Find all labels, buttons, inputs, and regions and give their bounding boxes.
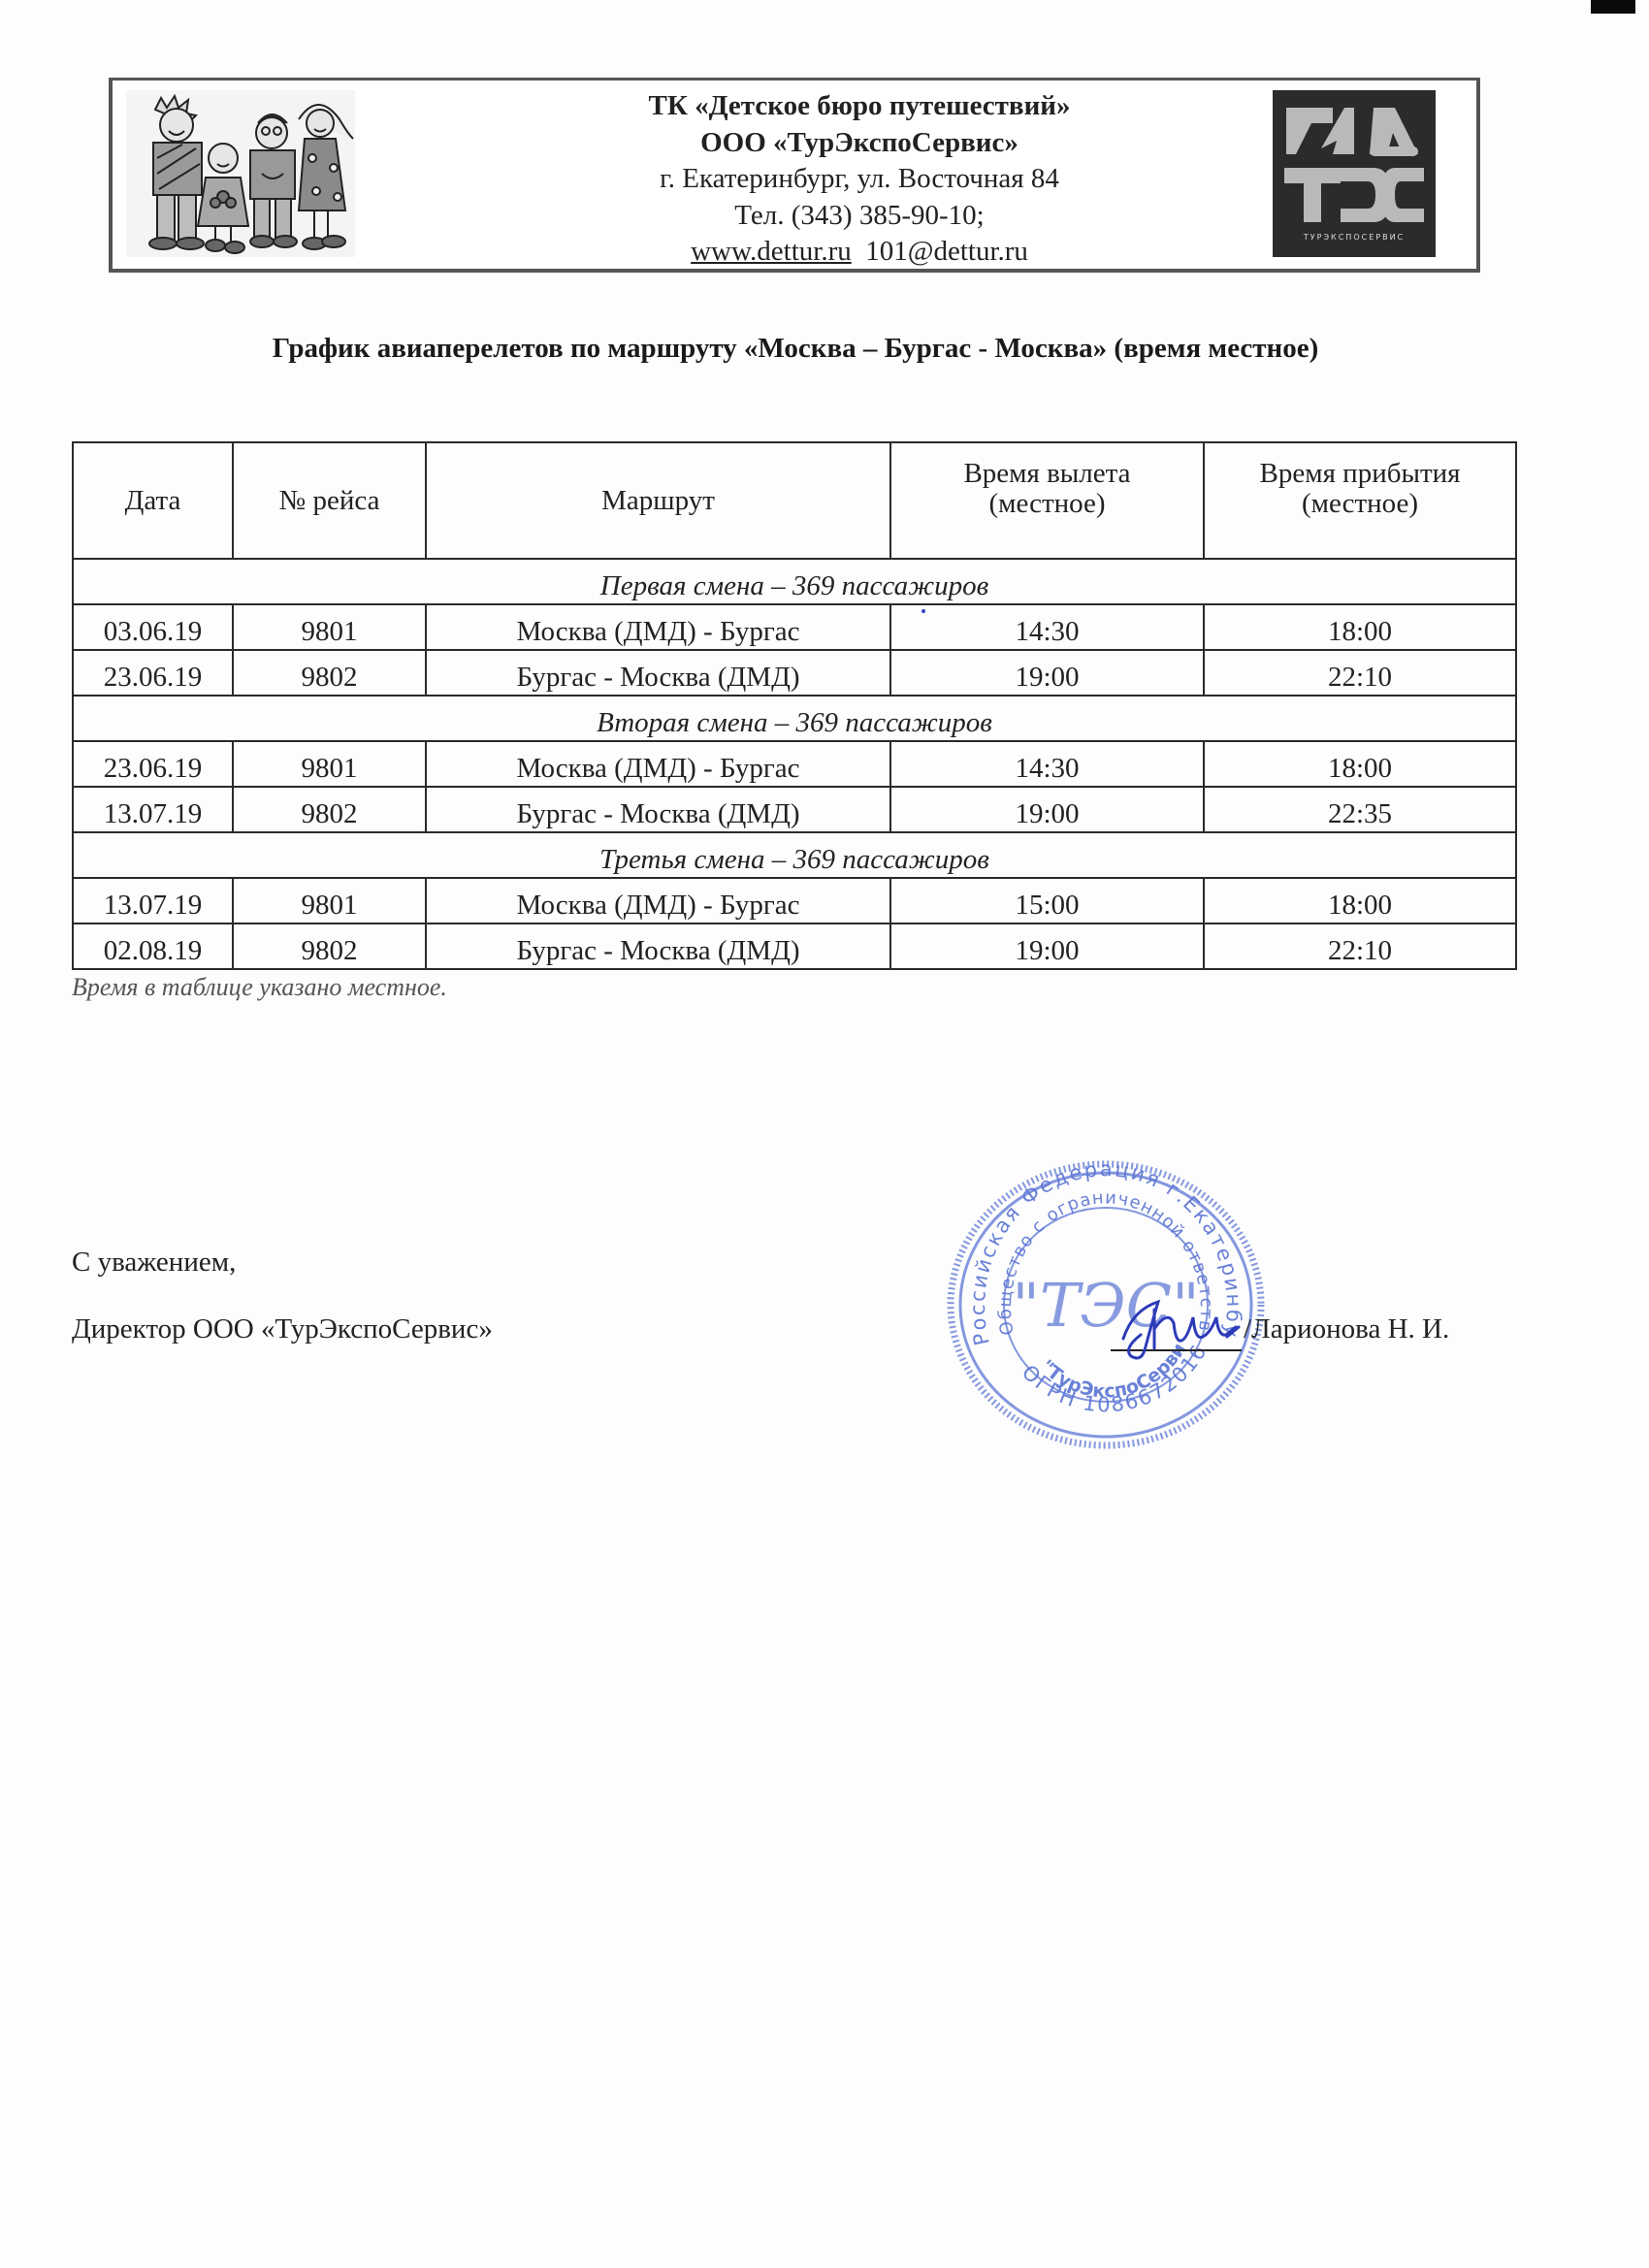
svg-text:ТУРЭКСПОСЕРВИС: ТУРЭКСПОСЕРВИС bbox=[1303, 233, 1405, 242]
cell-date: 23.06.19 bbox=[73, 741, 233, 787]
column-header-arrival: Время прибытия (местное) bbox=[1204, 442, 1516, 559]
agency-name: ТК «Детское бюро путешествий» bbox=[471, 88, 1247, 125]
table-row: 03.06.19 9801 Москва (ДМД) - Бургас 14:3… bbox=[73, 604, 1516, 650]
letterhead: ТК «Детское бюро путешествий» ООО «ТурЭк… bbox=[109, 78, 1480, 273]
cell-departure: 14:30 bbox=[890, 741, 1204, 787]
scan-corner-mark bbox=[1591, 0, 1635, 14]
cell-date: 03.06.19 bbox=[73, 604, 233, 650]
cell-arrival: 18:00 bbox=[1204, 878, 1516, 923]
cell-flight: 9801 bbox=[233, 878, 426, 923]
cell-departure: 19:00 bbox=[890, 650, 1204, 696]
email-address: 101@dettur.ru bbox=[865, 236, 1028, 267]
cell-departure: 19:00 bbox=[890, 787, 1204, 832]
website-link[interactable]: www.dettur.ru bbox=[691, 236, 852, 267]
table-row: 13.07.19 9802 Бургас - Москва (ДМД) 19:0… bbox=[73, 787, 1516, 832]
cell-flight: 9801 bbox=[233, 604, 426, 650]
cell-arrival: 22:10 bbox=[1204, 923, 1516, 969]
shift-label: Третья смена – 369 пассажиров bbox=[73, 832, 1516, 878]
closing-regards: С уважением, bbox=[72, 1247, 236, 1279]
cell-date: 13.07.19 bbox=[73, 787, 233, 832]
shift-label: Вторая смена – 369 пассажиров bbox=[73, 696, 1516, 741]
cell-arrival: 18:00 bbox=[1204, 741, 1516, 787]
cell-route: Москва (ДМД) - Бургас bbox=[426, 604, 890, 650]
shift-row: Третья смена – 369 пассажиров bbox=[73, 832, 1516, 878]
footnote: Время в таблице указано местное. bbox=[72, 973, 447, 1002]
column-header-date: Дата bbox=[73, 442, 233, 559]
shift-row: Первая смена – 369 пассажиров bbox=[73, 559, 1516, 604]
letterhead-text: ТК «Детское бюро путешествий» ООО «ТурЭк… bbox=[471, 88, 1247, 271]
cell-flight: 9802 bbox=[233, 923, 426, 969]
cell-route: Бургас - Москва (ДМД) bbox=[426, 787, 890, 832]
table-row: 23.06.19 9802 Бургас - Москва (ДМД) 19:0… bbox=[73, 650, 1516, 696]
cell-date: 23.06.19 bbox=[73, 650, 233, 696]
cell-flight: 9802 bbox=[233, 650, 426, 696]
company-phone: Тел. (343) 385-90-10; bbox=[471, 198, 1247, 235]
column-header-flight: № рейса bbox=[233, 442, 426, 559]
column-header-departure: Время вылета (местное) bbox=[890, 442, 1204, 559]
table-row: 02.08.19 9802 Бургас - Москва (ДМД) 19:0… bbox=[73, 923, 1516, 969]
children-logo-icon bbox=[126, 90, 355, 257]
cell-departure: 15:00 bbox=[890, 878, 1204, 923]
company-address: г. Екатеринбург, ул. Восточная 84 bbox=[471, 161, 1247, 198]
cell-flight: 9802 bbox=[233, 787, 426, 832]
table-header-row: Дата № рейса Маршрут Время вылета (местн… bbox=[73, 442, 1516, 559]
cell-arrival: 22:10 bbox=[1204, 650, 1516, 696]
signer-position: Директор ООО «ТурЭкспоСервис» bbox=[72, 1313, 493, 1345]
cell-arrival: 18:00 bbox=[1204, 604, 1516, 650]
cell-arrival: 22:35 bbox=[1204, 787, 1516, 832]
cell-route: Москва (ДМД) - Бургас bbox=[426, 878, 890, 923]
company-contacts: www.dettur.ru 101@dettur.ru bbox=[471, 234, 1247, 271]
handwritten-signature-icon bbox=[1106, 1280, 1261, 1368]
cell-route: Москва (ДМД) - Бургас bbox=[426, 741, 890, 787]
document-title: График авиаперелетов по маршруту «Москва… bbox=[0, 333, 1591, 365]
cell-route: Бургас - Москва (ДМД) bbox=[426, 923, 890, 969]
signer-name: /Ларионова Н. И. bbox=[1244, 1313, 1449, 1345]
shift-row: Вторая смена – 369 пассажиров bbox=[73, 696, 1516, 741]
tes-logo-icon: ТУРЭКСПОСЕРВИС bbox=[1273, 90, 1436, 257]
cell-route: Бургас - Москва (ДМД) bbox=[426, 650, 890, 696]
shift-label: Первая смена – 369 пассажиров bbox=[73, 559, 1516, 604]
cell-departure: 19:00 bbox=[890, 923, 1204, 969]
flight-schedule-table: Дата № рейса Маршрут Время вылета (местн… bbox=[72, 441, 1517, 970]
column-header-route: Маршрут bbox=[426, 442, 890, 559]
table-row: 13.07.19 9801 Москва (ДМД) - Бургас 15:0… bbox=[73, 878, 1516, 923]
cell-departure: 14:30 bbox=[890, 604, 1204, 650]
company-name: ООО «ТурЭкспоСервис» bbox=[471, 125, 1247, 162]
ink-dot bbox=[921, 609, 925, 613]
table-row: 23.06.19 9801 Москва (ДМД) - Бургас 14:3… bbox=[73, 741, 1516, 787]
cell-date: 13.07.19 bbox=[73, 878, 233, 923]
cell-flight: 9801 bbox=[233, 741, 426, 787]
cell-date: 02.08.19 bbox=[73, 923, 233, 969]
